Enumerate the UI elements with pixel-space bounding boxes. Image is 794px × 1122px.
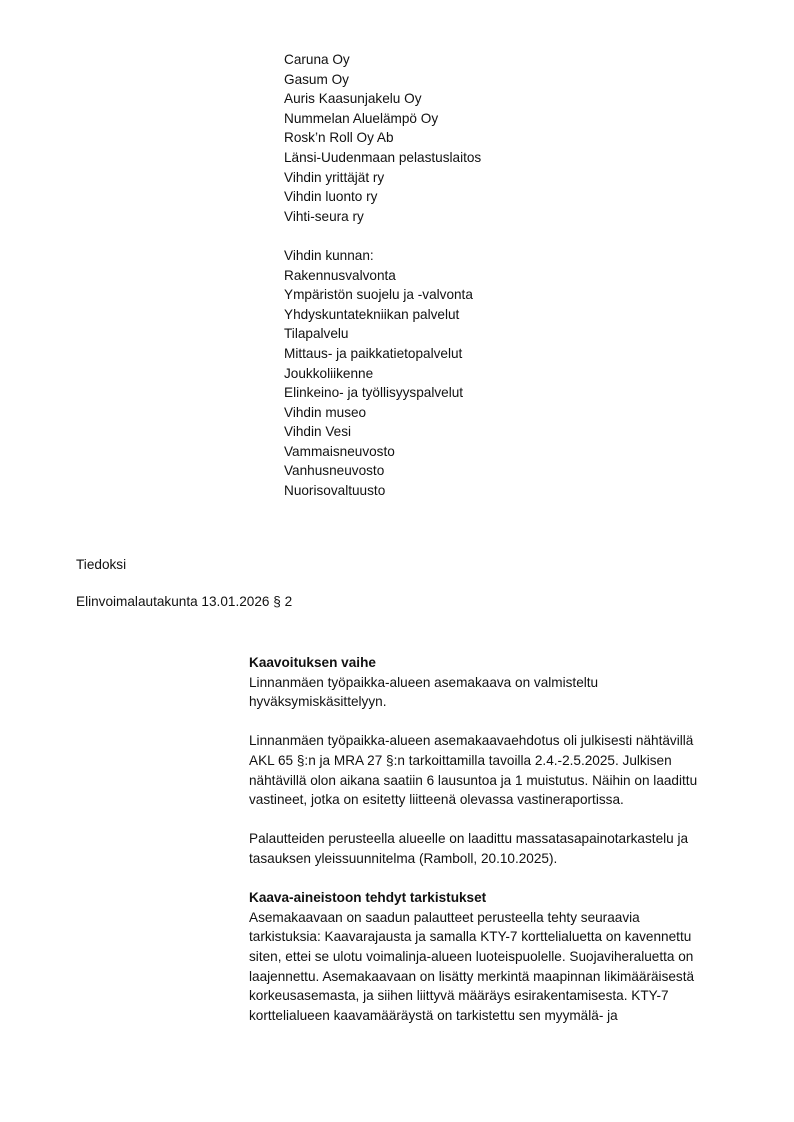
text-line: tarkistuksia: Kaavarajausta ja samalla K… (249, 927, 739, 947)
text-line: AKL 65 §:n ja MRA 27 §:n tarkoittamilla … (249, 751, 739, 771)
text-line: korkeusasemasta, ja siihen liittyvä määr… (249, 986, 739, 1006)
stage-paragraph-3: Palautteiden perusteella alueelle on laa… (249, 829, 739, 868)
municipality-unit: Vanhusneuvosto (284, 461, 704, 481)
recipient-item: Vihdin luonto ry (284, 187, 704, 207)
municipality-unit: Joukkoliikenne (284, 364, 704, 384)
municipality-heading: Vihdin kunnan: (284, 246, 704, 266)
info-label: Tiedoksi (76, 557, 476, 572)
decision-body: Kaavoituksen vaihe Linnanmäen työpaikka-… (249, 653, 739, 1045)
text-line: korttelialueen kaavamääräystä on tarkist… (249, 1006, 739, 1026)
municipality-unit: Mittaus- ja paikkatietopalvelut (284, 344, 704, 364)
section-heading-revisions: Kaava-aineistoon tehdyt tarkistukset (249, 888, 739, 908)
stage-paragraph-1: Kaavoituksen vaihe Linnanmäen työpaikka-… (249, 653, 739, 712)
municipality-unit: Vihdin museo (284, 403, 704, 423)
municipality-unit: Yhdyskuntatekniikan palvelut (284, 305, 704, 325)
recipient-item: Vihti-seura ry (284, 207, 704, 227)
recipient-item: Auris Kaasunjakelu Oy (284, 89, 704, 109)
recipient-item: Rosk’n Roll Oy Ab (284, 128, 704, 148)
municipality-unit: Elinkeino- ja työllisyyspalvelut (284, 383, 704, 403)
stage-paragraph-2: Linnanmäen työpaikka-alueen asemakaavaeh… (249, 731, 739, 809)
municipality-unit: Tilapalvelu (284, 324, 704, 344)
municipality-unit: Rakennusvalvonta (284, 266, 704, 286)
spacer (284, 226, 704, 246)
recipient-item: Nummelan Aluelämpö Oy (284, 109, 704, 129)
municipality-unit: Vammaisneuvosto (284, 442, 704, 462)
recipient-list: Caruna Oy Gasum Oy Auris Kaasunjakelu Oy… (284, 50, 704, 501)
text-line: hyväksymiskäsittelyyn. (249, 692, 739, 712)
text-line: nähtävillä olon aikana saatiin 6 lausunt… (249, 771, 739, 791)
text-line: Asemakaavaan on saadun palautteet perust… (249, 908, 739, 928)
recipient-item: Gasum Oy (284, 70, 704, 90)
text-line: tasauksen yleissuunnitelma (Ramboll, 20.… (249, 849, 739, 869)
recipient-item: Caruna Oy (284, 50, 704, 70)
meeting-reference: Elinvoimalautakunta 13.01.2026 § 2 (76, 594, 476, 609)
section-heading-stage: Kaavoituksen vaihe (249, 653, 739, 673)
recipient-item: Länsi-Uudenmaan pelastuslaitos (284, 148, 704, 168)
recipient-item: Vihdin yrittäjät ry (284, 168, 704, 188)
municipality-unit: Ympäristön suojelu ja -valvonta (284, 285, 704, 305)
municipality-unit: Nuorisovaltuusto (284, 481, 704, 501)
text-line: Linnanmäen työpaikka-alueen asemakaava o… (249, 673, 739, 693)
text-line: Palautteiden perusteella alueelle on laa… (249, 829, 739, 849)
text-line: vastineet, jotka on esitetty liitteenä o… (249, 790, 739, 810)
text-line: Linnanmäen työpaikka-alueen asemakaavaeh… (249, 731, 739, 751)
text-line: laajennettu. Asemakaavaan on lisätty mer… (249, 967, 739, 987)
revisions-paragraph: Kaava-aineistoon tehdyt tarkistukset Ase… (249, 888, 739, 1025)
document-page: Caruna Oy Gasum Oy Auris Kaasunjakelu Oy… (0, 0, 794, 1122)
text-line: siten, ettei se ulotu voimalinja-alueen … (249, 947, 739, 967)
municipality-unit: Vihdin Vesi (284, 422, 704, 442)
